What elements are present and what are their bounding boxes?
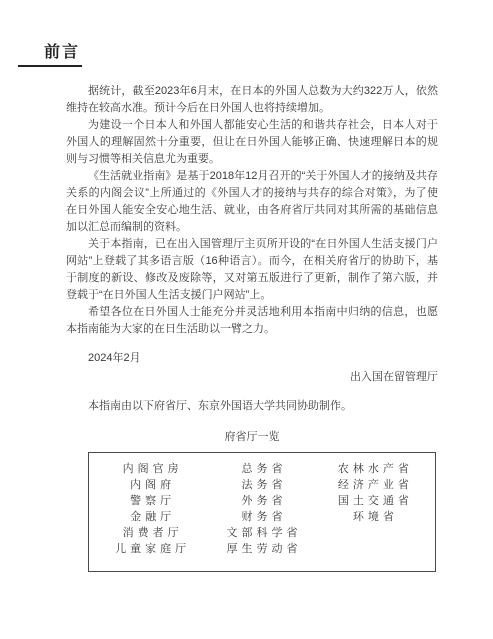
- paragraph-society: 为建设一个日本人和外国人都能安心生活的和谐共存社会，日本人对于外国人的理解固然十…: [66, 117, 438, 168]
- ministry-table-title: 府省厅一览: [66, 429, 438, 446]
- section-header: 前言: [18, 44, 82, 67]
- ministry-column-2: 总务省 法务省 外务省 财务省 文部科学省 厚生劳动省: [206, 461, 317, 557]
- signature: 出入国在留管理厅: [66, 369, 438, 386]
- ministry-item: 经济产业省: [334, 477, 413, 493]
- page-title: 前言: [44, 44, 80, 62]
- ministry-item: 内阁官房: [119, 461, 183, 477]
- document-page: 前言 据统计，截至2023年6月末，在日本的外国人总数为大约322万人，依然维持…: [0, 0, 493, 639]
- ministry-item: 国土交通省: [334, 493, 413, 509]
- ministry-item: 厚生劳动省: [222, 541, 301, 557]
- date-line: 2024年2月: [66, 350, 438, 367]
- ministry-item: 外务省: [237, 493, 286, 509]
- ministry-item: 儿童家庭厅: [111, 541, 190, 557]
- ministry-item: 警察厅: [126, 493, 175, 509]
- ministry-item: 总务省: [237, 461, 286, 477]
- ministry-table: 内阁官房 内阁府 警察厅 金融厅 消费者厅 儿童家庭厅 总务省 法务省 外务省 …: [88, 452, 436, 572]
- paragraph-hope: 希望各位在日外国人士能充分并灵活地利用本指南中归纳的信息，也愿本指南能为大家的在…: [66, 304, 438, 338]
- ministry-item: 文部科学省: [222, 525, 301, 541]
- paragraph-statistics: 据统计，截至2023年6月末，在日本的外国人总数为大约322万人，依然维持在较高…: [66, 83, 438, 117]
- paragraph-portal-site: 关于本指南，已在出入国管理厅主页所开设的“在日外国人生活支援门户网站”上登载了其…: [66, 236, 438, 304]
- ministry-item: 内阁府: [126, 477, 175, 493]
- cooperation-note: 本指南由以下府省厅、东京外国语大学共同协助制作。: [66, 398, 438, 415]
- ministry-item: 财务省: [237, 509, 286, 525]
- ministry-column-1: 内阁官房 内阁府 警察厅 金融厅 消费者厅 儿童家庭厅: [95, 461, 206, 557]
- ministry-item: 法务省: [237, 477, 286, 493]
- ministry-item: 农林水产省: [334, 461, 413, 477]
- document-body: 据统计，截至2023年6月末，在日本的外国人总数为大约322万人，依然维持在较高…: [66, 83, 438, 572]
- paragraph-guide-origin: 《生活就业指南》是基于2018年12月召开的“关于外国人才的接纳及共存关系的内阁…: [66, 168, 438, 236]
- ministry-item: 环境省: [349, 509, 398, 525]
- ministry-column-3: 农林水产省 经济产业省 国土交通省 环境省: [318, 461, 429, 557]
- ministry-item: 金融厅: [126, 509, 175, 525]
- ministry-item: 消费者厅: [119, 525, 183, 541]
